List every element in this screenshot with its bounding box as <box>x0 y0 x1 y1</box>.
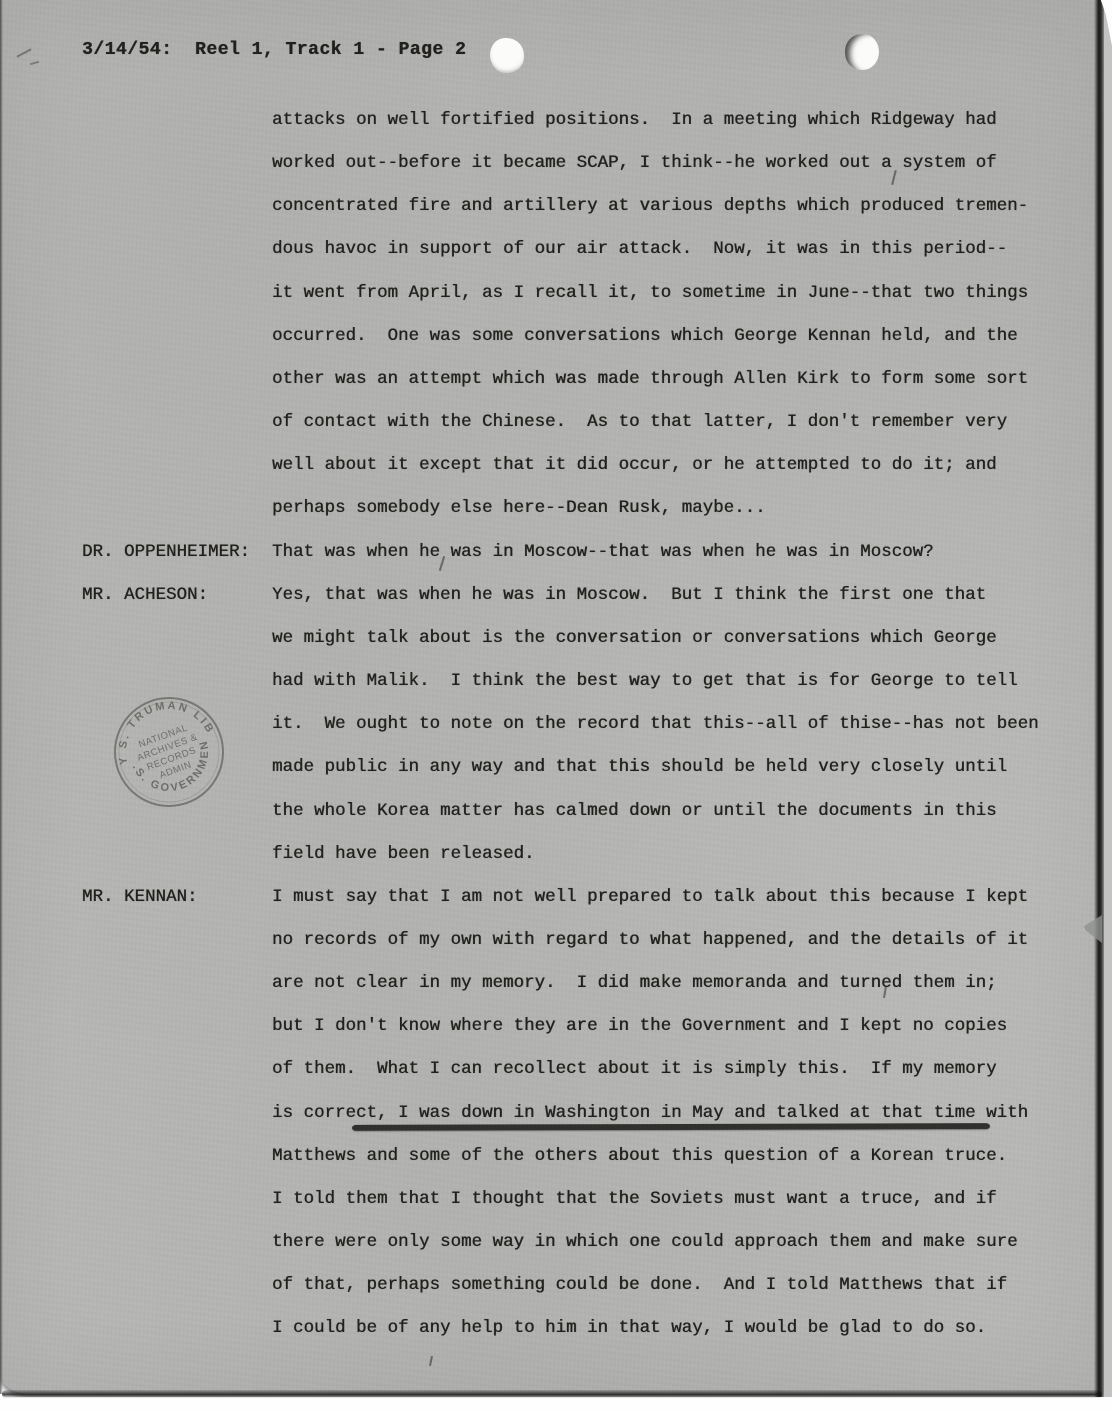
line-text: I must say that I am not well prepared t… <box>272 887 1028 907</box>
transcript-line: worked out--before it became SCAP, I thi… <box>0 153 1104 196</box>
line-text: we might talk about is the conversation … <box>272 628 997 648</box>
line-text: I could be of any help to him in that wa… <box>272 1318 986 1338</box>
transcript-line: of contact with the Chinese. As to that … <box>0 412 1104 455</box>
corner-crease-mark <box>30 61 39 65</box>
line-text: there were only some way in which one co… <box>272 1232 1018 1252</box>
speaker-label: MR. ACHESON: <box>82 585 208 605</box>
line-text: field have been released. <box>272 844 535 864</box>
line-text: it. We ought to note on the record that … <box>272 714 1039 734</box>
transcript-line: of them. What I can recollect about it i… <box>0 1059 1104 1102</box>
page-header: 3/14/54: Reel 1, Track 1 - Page 2 <box>82 40 466 60</box>
line-text: of that, perhaps something could be done… <box>272 1275 1007 1295</box>
transcript-line: field have been released. <box>0 844 1104 887</box>
scan-edge-left <box>0 0 3 1394</box>
transcript-line: there were only some way in which one co… <box>0 1232 1104 1275</box>
transcript-line: other was an attempt which was made thro… <box>0 369 1104 412</box>
transcript-line: but I don't know where they are in the G… <box>0 1016 1104 1059</box>
line-text: Yes, that was when he was in Moscow. But… <box>272 585 986 605</box>
line-text: Matthews and some of the others about th… <box>272 1146 1007 1166</box>
line-text: are not clear in my memory. I did make m… <box>272 973 997 993</box>
transcript-line: are not clear in my memory. I did make m… <box>0 973 1104 1016</box>
transcript-line: is correct, I was down in Washington in … <box>0 1103 1104 1146</box>
line-text: of them. What I can recollect about it i… <box>272 1059 997 1079</box>
line-text: made public in any way and that this sho… <box>272 757 1007 777</box>
line-text: I told them that I thought that the Sovi… <box>272 1189 997 1209</box>
scanner-background <box>0 1397 1112 1412</box>
scan-edge-right <box>1094 0 1104 1400</box>
transcript-line: Matthews and some of the others about th… <box>0 1146 1104 1189</box>
line-text: it went from April, as I recall it, to s… <box>272 283 1028 303</box>
transcript-line: perhaps somebody else here--Dean Rusk, m… <box>0 498 1104 541</box>
scanned-page: 3/14/54: Reel 1, Track 1 - Page 2 attack… <box>0 0 1104 1394</box>
punch-hole-right <box>845 34 879 70</box>
transcript-line: well about it except that it did occur, … <box>0 455 1104 498</box>
line-text: the whole Korea matter has calmed down o… <box>272 801 997 821</box>
punch-hole-left <box>490 38 524 73</box>
speaker-label: DR. OPPENHEIMER: <box>82 542 250 562</box>
transcript-line: it went from April, as I recall it, to s… <box>0 283 1104 326</box>
line-text: dous havoc in support of our air attack.… <box>272 239 1007 259</box>
line-text: of contact with the Chinese. As to that … <box>272 412 1007 432</box>
transcript-line: MR. ACHESON:Yes, that was when he was in… <box>0 585 1104 628</box>
transcript-line: of that, perhaps something could be done… <box>0 1275 1104 1318</box>
line-text: occurred. One was some conversations whi… <box>272 326 1018 346</box>
line-text: concentrated fire and artillery at vario… <box>272 196 1028 216</box>
corner-crease-mark <box>16 48 31 57</box>
transcript-line: I could be of any help to him in that wa… <box>0 1318 1104 1361</box>
speaker-label: MR. KENNAN: <box>82 887 198 907</box>
transcript-line: concentrated fire and artillery at vario… <box>0 196 1104 239</box>
scan-edge-bottom <box>2 1390 1102 1398</box>
line-text: worked out--before it became SCAP, I thi… <box>272 153 997 173</box>
line-text: perhaps somebody else here--Dean Rusk, m… <box>272 498 766 518</box>
line-text: had with Malik. I think the best way to … <box>272 671 1018 691</box>
transcript-line: occurred. One was some conversations whi… <box>0 326 1104 369</box>
line-text: well about it except that it did occur, … <box>272 455 997 475</box>
line-text: other was an attempt which was made thro… <box>272 369 1028 389</box>
line-text: That was when he was in Moscow--that was… <box>272 542 934 562</box>
line-text: attacks on well fortified positions. In … <box>272 110 997 130</box>
transcript-line: MR. KENNAN:I must say that I am not well… <box>0 887 1104 930</box>
transcript-line: DR. OPPENHEIMER:That was when he was in … <box>0 542 1104 585</box>
transcript-line: dous havoc in support of our air attack.… <box>0 239 1104 282</box>
line-text: no records of my own with regard to what… <box>272 930 1028 950</box>
transcript-line: attacks on well fortified positions. In … <box>0 110 1104 153</box>
transcript-line: no records of my own with regard to what… <box>0 930 1104 973</box>
underlined-text: I was down in Washington in May and talk… <box>398 1103 976 1123</box>
line-text: but I don't know where they are in the G… <box>272 1016 1007 1036</box>
scan-margin-right <box>1104 0 1112 1412</box>
transcript-line: I told them that I thought that the Sovi… <box>0 1189 1104 1232</box>
line-text: is correct, I was down in Washington in … <box>272 1103 1028 1123</box>
